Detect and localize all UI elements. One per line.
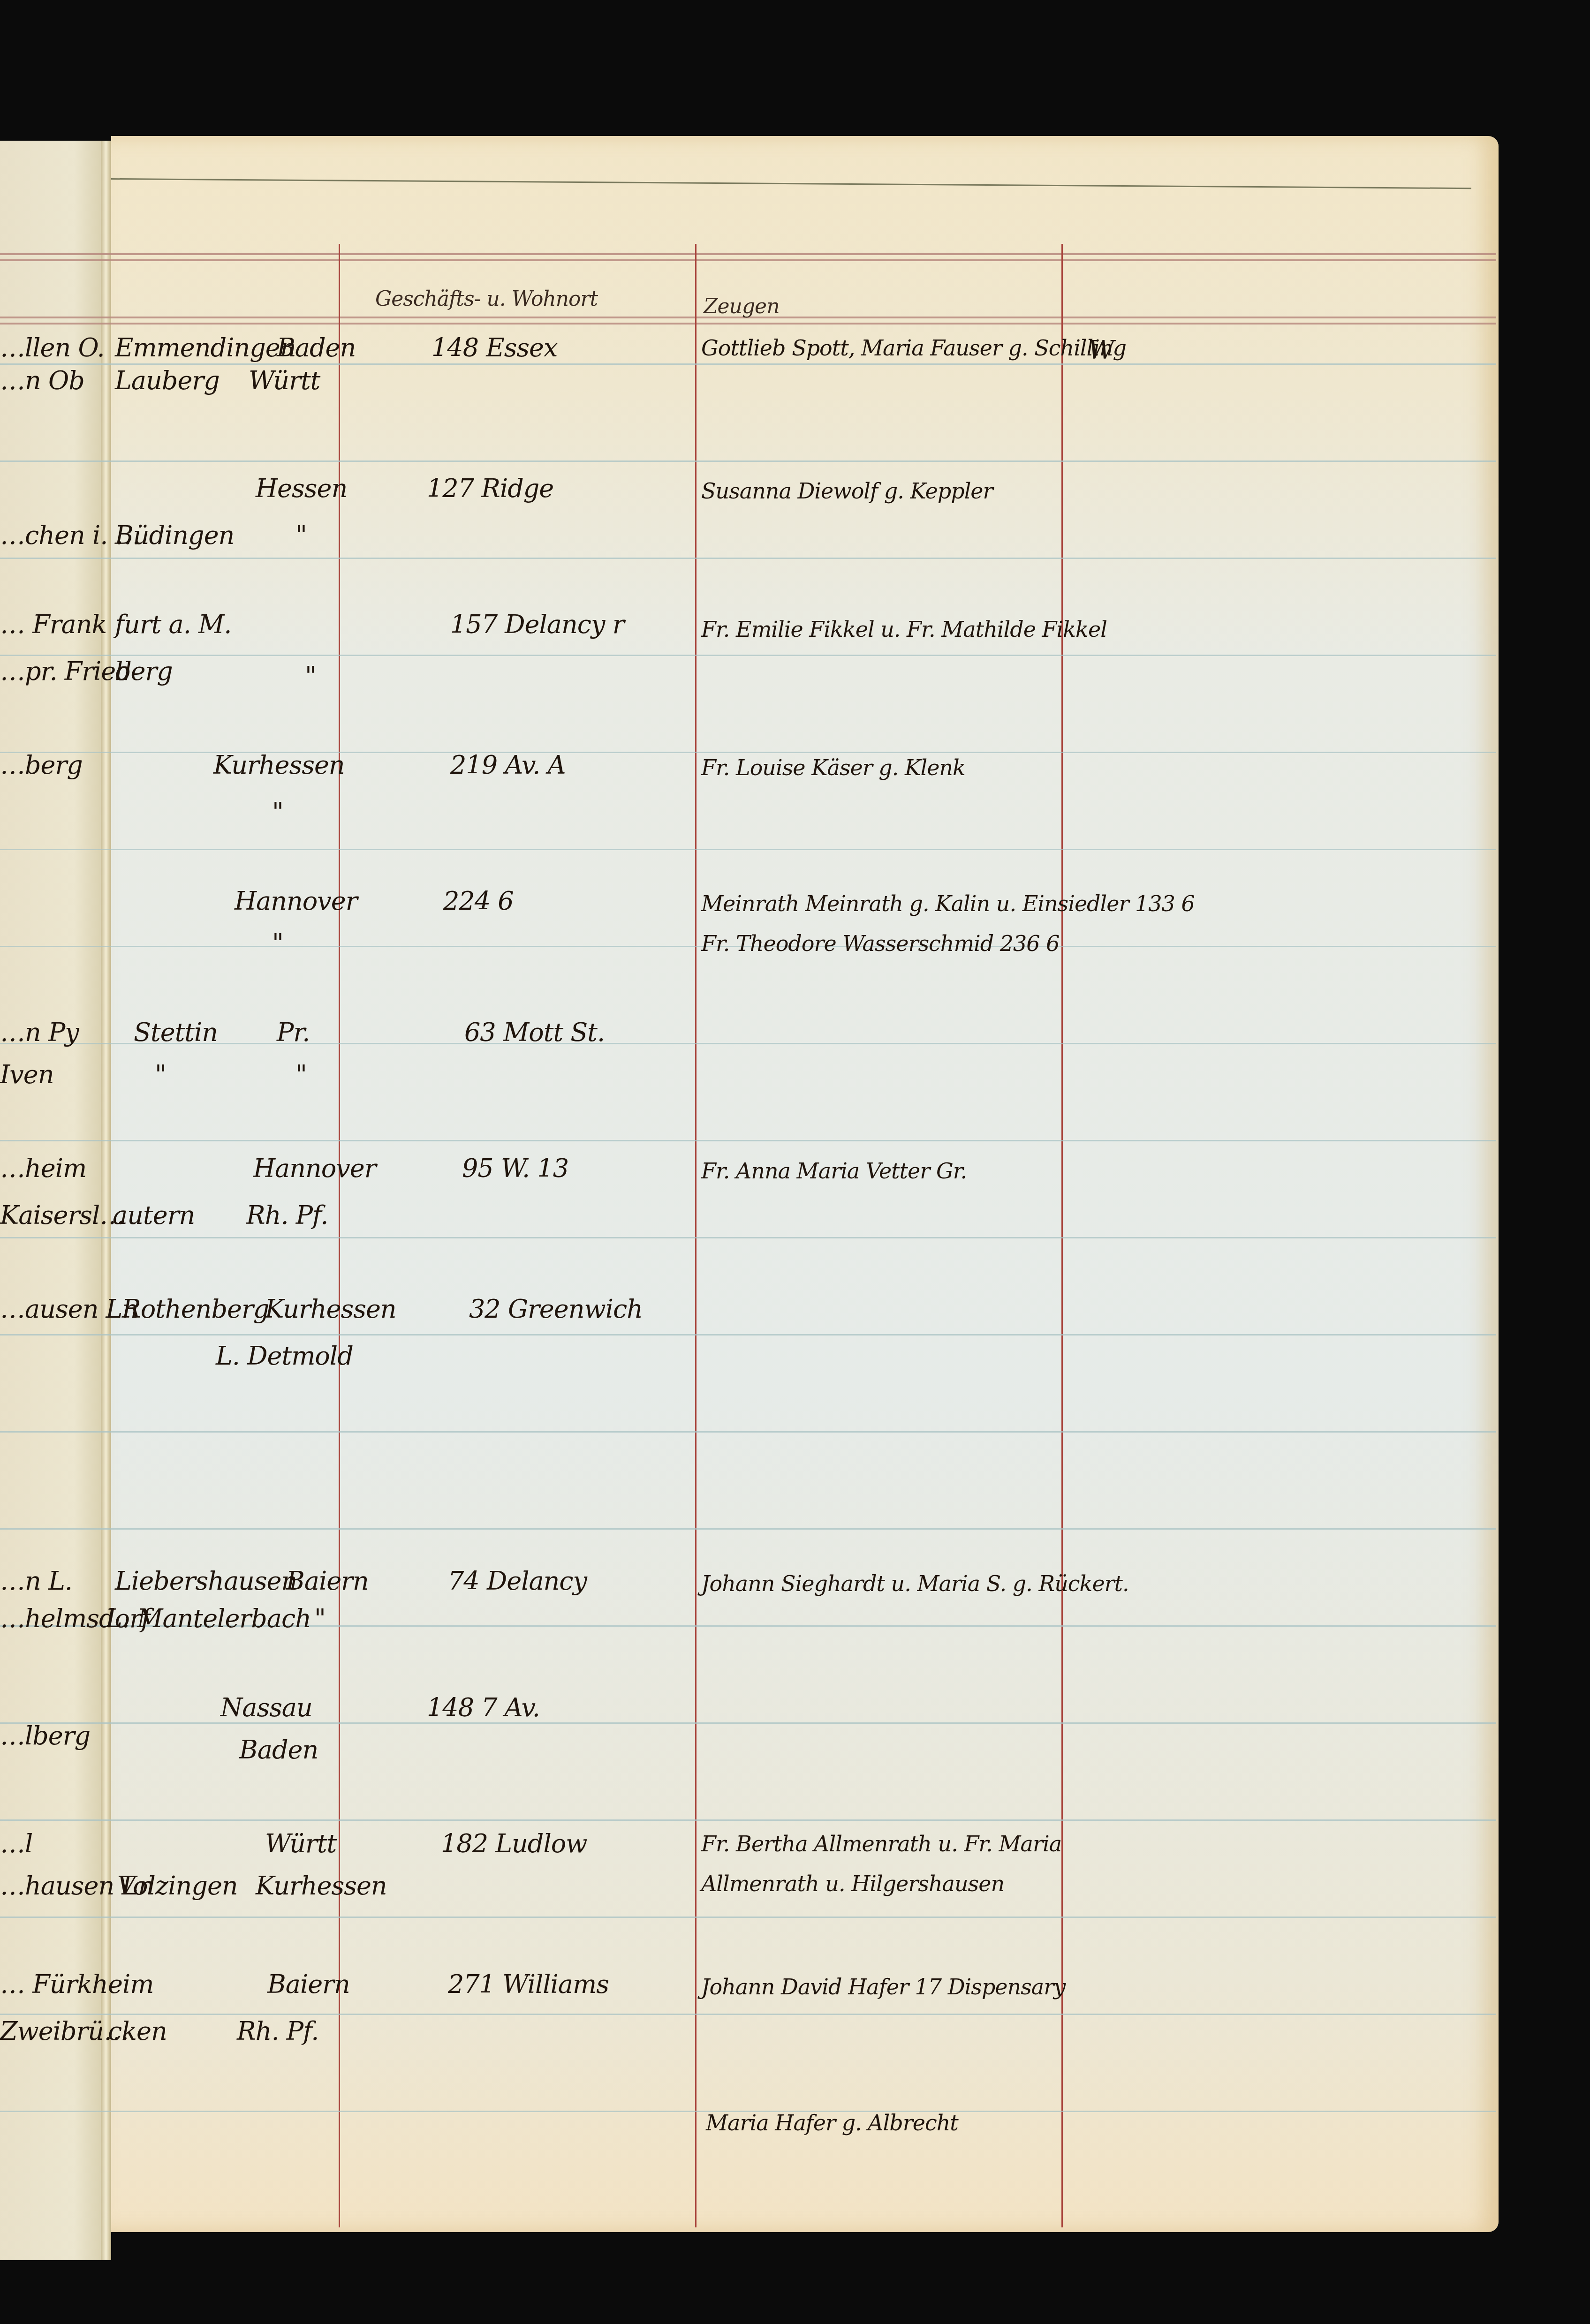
entry-witnesses: Johann Sieghardt u. Maria S. g. Rückert. [701,1571,1129,1596]
entry-residence: 182 Ludlow [441,1829,587,1858]
entry-birthplace: Büdingen [115,521,234,550]
entry-name: Iven [0,1060,54,1089]
entry-witnesses: Fr. Louise Käser g. Klenk [701,755,965,780]
entry-name: …heim [0,1154,86,1183]
entry-witnesses: Susanna Diewolf g. Keppler [701,478,993,504]
entry-state: " [295,1060,307,1089]
ruled-line [0,849,1496,850]
ruled-line [0,2014,1496,2015]
entry-state: Nassau [220,1693,312,1722]
entry-residence: 148 Essex [432,333,558,362]
entry-witnesses: Fr. Emilie Fikkel u. Fr. Mathilde Fikkel [701,617,1107,642]
entry-residence: 219 Av. A [450,750,565,780]
entry-name: …berg [0,750,83,780]
entry-witnesses: Fr. Anna Maria Vetter Gr. [701,1158,967,1184]
entry-birthplace: Volzingen [117,1871,238,1901]
ruled-line [0,363,1496,365]
entry-birthplace: Lauberg [115,366,220,395]
entry-state: " [272,797,283,827]
entry-state: " [314,1604,326,1633]
ruled-line [0,1819,1496,1821]
entry-residence: 95 W. 13 [462,1154,568,1183]
entry-state: Baden [277,333,356,362]
entry-name: Kaisersl… [0,1200,124,1230]
entry-state: L. Detmold [216,1341,353,1371]
entry-name: …llen O. [0,333,105,362]
entry-birthplace: cken [108,2016,167,2046]
column-divider-2 [695,244,697,2227]
entry-state: Hannover [253,1154,376,1183]
header-residence: Geschäfts- u. Wohnort [375,287,598,311]
entry-birthplace: Liebershausen [115,1566,297,1596]
entry-witnesses: Fr. Theodore Wasserschmid 236 6 [701,931,1060,956]
entry-birthplace: Emmendingen [115,333,295,362]
entry-name: …n Py [0,1018,79,1047]
header-witnesses: Zeugen [704,294,780,318]
entry-name: …ausen Ln [0,1294,138,1324]
entry-state: Hannover [235,886,357,916]
entry-state: Rh. Pf. [237,2016,318,2046]
entry-residence: 63 Mott St. [464,1018,605,1047]
entry-birthplace: Rothenberg [122,1294,269,1324]
entry-birthplace: autern [113,1200,195,1230]
entry-witnesses: Johann David Hafer 17 Dispensary [701,1974,1065,2000]
entry-residence: 148 7 Av. [427,1693,540,1722]
entry-name: … Frank [0,610,106,639]
ruled-line [0,558,1496,559]
column-divider-1 [339,244,340,2227]
entry-name: … Fürkh [0,1969,108,1999]
entry-witnesses: Meinrath Meinrath g. Kalin u. Einsiedler… [701,891,1195,916]
entry-residence: 32 Greenwich [469,1294,643,1324]
entry-state: Württ [265,1829,336,1858]
entry-witnesses: Allmenrath u. Hilgershausen [701,1871,1004,1896]
ruled-line [0,1237,1496,1238]
ruled-line [0,1528,1496,1530]
ruled-line [0,1043,1496,1044]
entry-birthplace: " [155,1060,166,1089]
ruled-line [0,460,1496,462]
ruled-line [0,655,1496,656]
entry-name: …lberg [0,1721,90,1751]
entry-state: Württ [249,366,320,395]
header-rule-top [0,253,1496,261]
entry-state: Baiern [286,1566,369,1596]
entry-name: …n Ob [0,366,84,395]
entry-residence: 127 Ridge [427,474,553,503]
entry-state: " [295,521,307,550]
ruled-line [0,1334,1496,1336]
entry-state: Kurhessen [265,1294,396,1324]
entry-state: " [272,928,283,958]
ruled-line [0,1722,1496,1724]
entry-residence: 74 Delancy [448,1566,587,1596]
entry-residence: 271 Williams [448,1969,609,1999]
entry-witnesses: Gottlieb Spott, Maria Fauser g. Schillin… [701,335,1126,361]
ruled-line [0,1917,1496,1918]
entry-residence: 157 Delancy r [450,610,624,639]
entry-state: Pr. [277,1018,310,1047]
entry-birthplace: Stettin [134,1018,218,1047]
entry-birthplace: berg [115,656,173,686]
entry-name: …n L. [0,1566,72,1596]
entry-birthplace: eim [108,1969,153,1999]
entry-state: Hessen [256,474,347,503]
entry-witnesses: Maria Hafer g. Albrecht [706,2110,958,2135]
entry-birthplace: furt a. M. [115,610,231,639]
entry-state: Baiern [267,1969,350,1999]
entry-state: Kurhessen [213,750,345,780]
column-divider-3 [1061,244,1063,2227]
entry-name: …l [0,1829,32,1858]
entry-residence: 224 6 [443,886,514,916]
entry-name: …pr. Fried [0,656,131,686]
entry-witnesses: Fr. Bertha Allmenrath u. Fr. Maria [701,1831,1061,1856]
ruled-line [0,1140,1496,1141]
entry-note: W [1088,335,1114,365]
entry-state: Baden [239,1735,318,1765]
entry-state: " [305,661,316,691]
entry-state: Rh. Pf. [246,1200,328,1230]
ruled-line [0,1431,1496,1433]
entry-state: Kurhessen [256,1871,387,1901]
entry-birthplace: L. Mantelerbach [106,1604,311,1633]
